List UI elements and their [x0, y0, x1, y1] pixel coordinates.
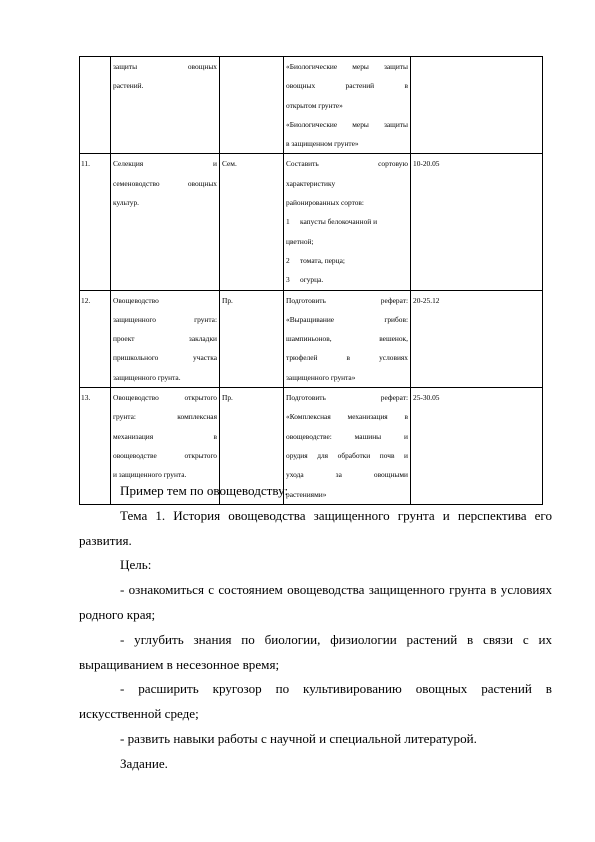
- topics-table: защиты овощных растений. «Биологические …: [79, 56, 543, 505]
- topic-cell: защиты овощных растений.: [111, 57, 220, 154]
- list-item: 3огурца.: [286, 270, 408, 289]
- form-cell: Сем.: [220, 154, 284, 290]
- row-number: 11.: [80, 154, 111, 290]
- topic-cell: Селекция и семеноводство овощных культур…: [111, 154, 220, 290]
- task-cell: «Биологические меры защиты овощных расте…: [284, 57, 411, 154]
- topic-cell: Овощеводство защищенного грунта: проект …: [111, 290, 220, 387]
- dates-cell: [411, 57, 543, 154]
- document-page: защиты овощных растений. «Биологические …: [0, 0, 595, 842]
- list-item: 1капусты белокочанной и: [286, 212, 408, 231]
- list-item: 2томата, перца;: [286, 251, 408, 270]
- goal-item: - развить навыки работы с научной и спец…: [79, 727, 552, 752]
- table-row: 11. Селекция и семеноводство овощных кул…: [80, 154, 543, 290]
- goal-label: Цель:: [79, 553, 552, 578]
- table-row: 12. Овощеводство защищенного грунта: про…: [80, 290, 543, 387]
- body-text: Пример тем по овощеводству: Тема 1. Исто…: [79, 479, 552, 777]
- task-label: Задание.: [79, 752, 552, 777]
- row-number: [80, 57, 111, 154]
- section-heading: Пример тем по овощеводству:: [79, 479, 552, 504]
- form-cell: Пр.: [220, 290, 284, 387]
- goal-item: - ознакомиться с состоянием овощеводства…: [79, 578, 552, 628]
- theme-title: Тема 1. История овощеводства защищенного…: [79, 504, 552, 554]
- goal-item: - углубить знания по биологии, физиологи…: [79, 628, 552, 678]
- table-row: защиты овощных растений. «Биологические …: [80, 57, 543, 154]
- row-number: 12.: [80, 290, 111, 387]
- form-cell: [220, 57, 284, 154]
- dates-cell: 20-25.12: [411, 290, 543, 387]
- dates-cell: 10-20.05: [411, 154, 543, 290]
- task-cell: Подготовить реферат: «Выращивание грибов…: [284, 290, 411, 387]
- goal-item: - расширить кругозор по культивированию …: [79, 677, 552, 727]
- task-cell: Составить сортовую характеристику райони…: [284, 154, 411, 290]
